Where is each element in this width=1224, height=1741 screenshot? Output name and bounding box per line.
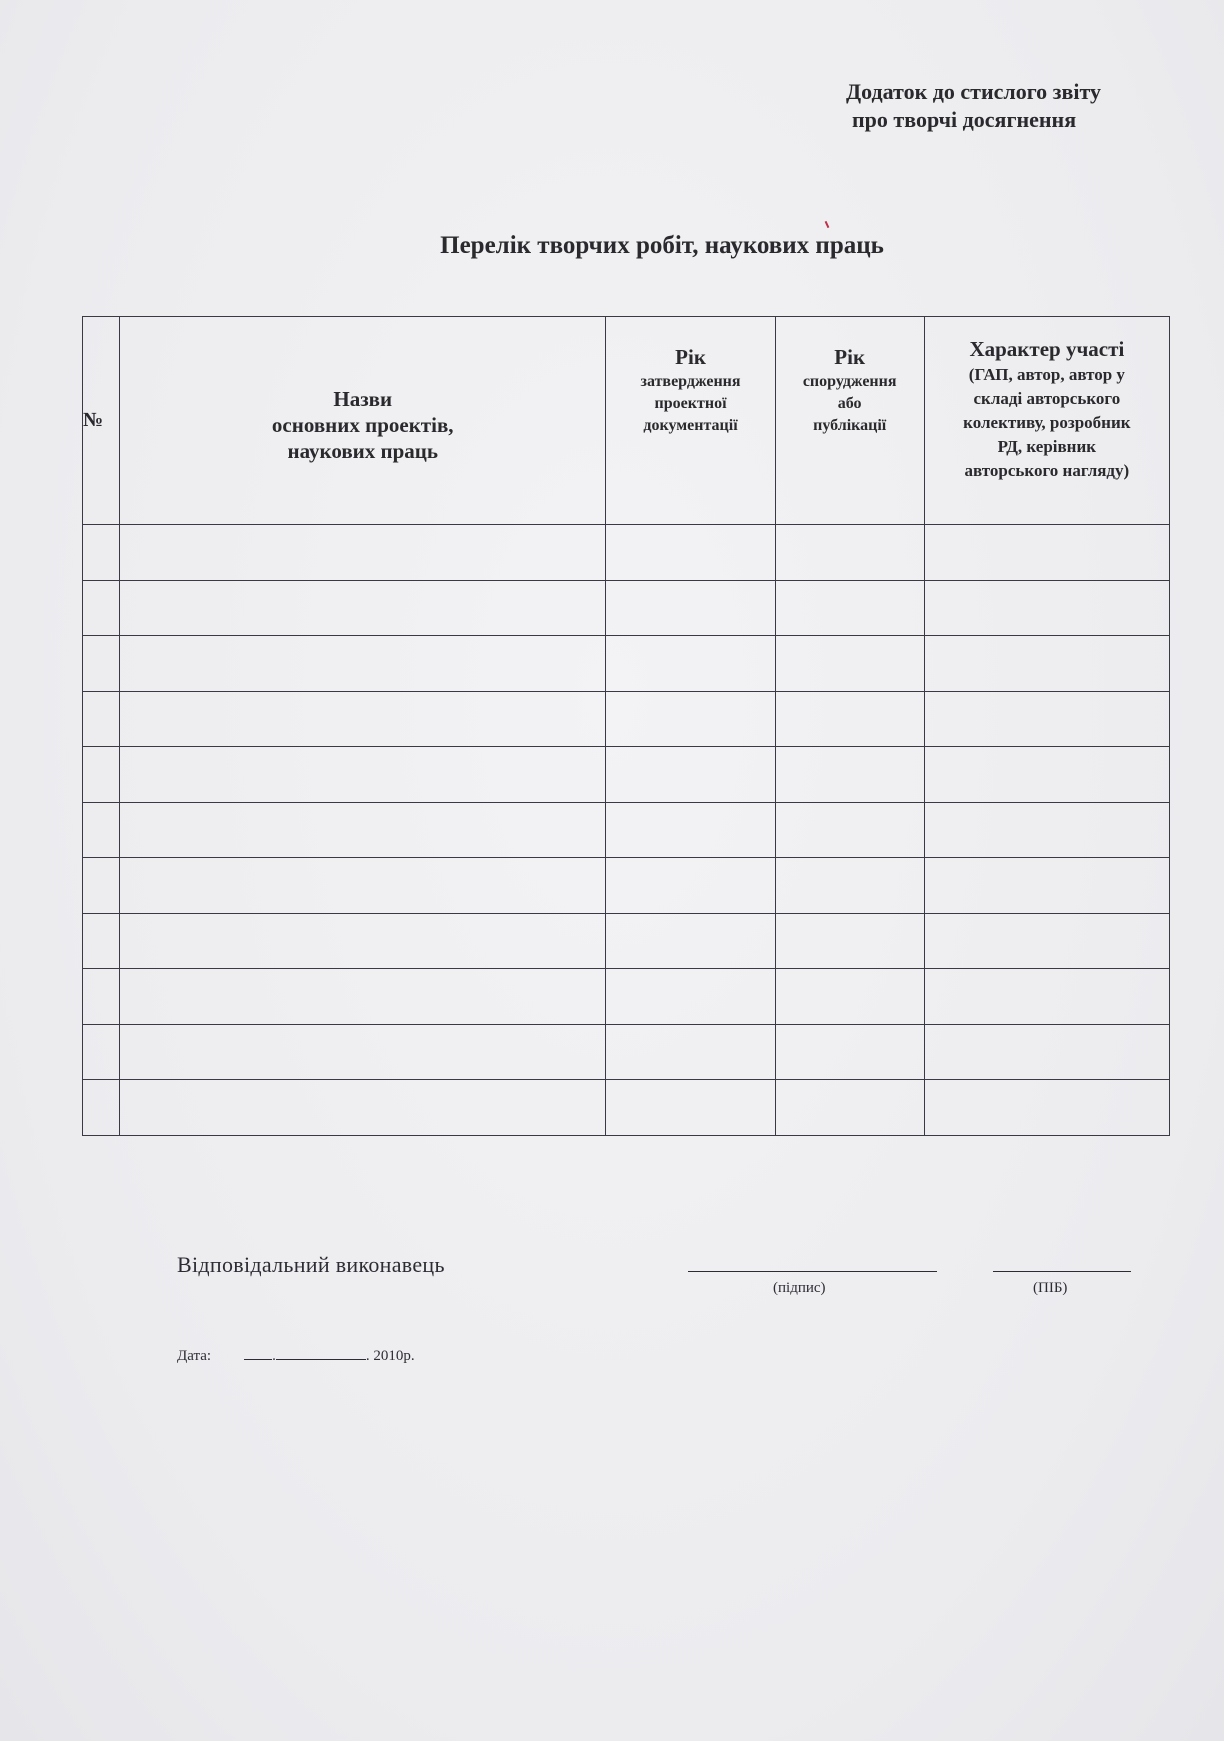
- cell-no[interactable]: [83, 747, 120, 803]
- works-table: № Назви основних проектів, наукових прац…: [82, 316, 1170, 1136]
- document-page: Додаток до стислого звіту про творчі дос…: [0, 0, 1224, 1741]
- header-publication-sub-1: спорудження: [776, 371, 924, 393]
- cell-publication-year[interactable]: [775, 747, 924, 803]
- header-publication-title: Рік: [776, 343, 924, 371]
- header-approval-sub-1: затвердження: [606, 371, 774, 393]
- appendix-line-2: про творчі досягнення: [846, 106, 1101, 134]
- cell-publication-year[interactable]: [775, 636, 924, 692]
- cell-no[interactable]: [83, 525, 120, 581]
- appendix-note: Додаток до стислого звіту про творчі дос…: [846, 78, 1101, 134]
- table-row: [83, 802, 1170, 858]
- cell-publication-year[interactable]: [775, 691, 924, 747]
- appendix-line-1: Додаток до стислого звіту: [846, 78, 1101, 106]
- table-body: [83, 525, 1170, 1136]
- cell-approval-year[interactable]: [606, 969, 775, 1025]
- table-row: [83, 1080, 1170, 1136]
- signature-caption: (підпис): [773, 1280, 826, 1297]
- cell-publication-year[interactable]: [775, 525, 924, 581]
- header-participation-sub-2: складі авторського: [925, 387, 1169, 411]
- date-month-blank[interactable]: [276, 1346, 366, 1360]
- header-approval-sub-2: проектної: [606, 393, 774, 415]
- document-title: Перелік творчих робіт, наукових праць: [0, 232, 1224, 260]
- cell-participation[interactable]: [924, 525, 1169, 581]
- cell-participation[interactable]: [924, 1080, 1169, 1136]
- header-name-line-1: Назви: [120, 386, 605, 412]
- header-participation-sub-5: авторського нагляду): [925, 459, 1169, 483]
- header-participation-sub-3: колективу, розробник: [925, 411, 1169, 435]
- table-row: [83, 636, 1170, 692]
- cell-publication-year[interactable]: [775, 913, 924, 969]
- cell-publication-year[interactable]: [775, 858, 924, 914]
- cell-no[interactable]: [83, 1080, 120, 1136]
- cell-no[interactable]: [83, 858, 120, 914]
- cell-name[interactable]: [120, 802, 606, 858]
- cell-no[interactable]: [83, 636, 120, 692]
- header-publication-year: Рік спорудження або публікації: [775, 317, 924, 525]
- header-participation-sub-1: (ГАП, автор, автор у: [925, 363, 1169, 387]
- cell-participation[interactable]: [924, 802, 1169, 858]
- header-name-line-2: основних проектів,: [120, 412, 605, 438]
- table-row: [83, 525, 1170, 581]
- table-header-row: № Назви основних проектів, наукових прац…: [83, 317, 1170, 525]
- header-approval-title: Рік: [606, 343, 774, 371]
- cell-publication-year[interactable]: [775, 802, 924, 858]
- cell-name[interactable]: [120, 858, 606, 914]
- name-line[interactable]: [993, 1271, 1131, 1272]
- cell-participation[interactable]: [924, 691, 1169, 747]
- table-row: [83, 913, 1170, 969]
- date-label: Дата:: [177, 1348, 211, 1364]
- date-day-blank[interactable]: [244, 1346, 272, 1360]
- header-name: Назви основних проектів, наукових праць: [120, 317, 606, 525]
- cell-participation[interactable]: [924, 858, 1169, 914]
- header-approval-year: Рік затвердження проектної документації: [606, 317, 775, 525]
- header-name-line-3: наукових праць: [120, 438, 605, 464]
- cell-name[interactable]: [120, 1080, 606, 1136]
- table-row: [83, 691, 1170, 747]
- cell-approval-year[interactable]: [606, 580, 775, 636]
- cell-name[interactable]: [120, 580, 606, 636]
- cell-no[interactable]: [83, 1024, 120, 1080]
- header-publication-sub-3: публікації: [776, 415, 924, 437]
- cell-approval-year[interactable]: [606, 1024, 775, 1080]
- cell-no[interactable]: [83, 913, 120, 969]
- cell-name[interactable]: [120, 691, 606, 747]
- cell-participation[interactable]: [924, 636, 1169, 692]
- table-row: [83, 1024, 1170, 1080]
- header-publication-sub-2: або: [776, 393, 924, 415]
- cell-approval-year[interactable]: [606, 636, 775, 692]
- cell-participation[interactable]: [924, 969, 1169, 1025]
- table-row: [83, 580, 1170, 636]
- cell-name[interactable]: [120, 1024, 606, 1080]
- date-suffix: . 2010р.: [366, 1348, 415, 1364]
- cell-approval-year[interactable]: [606, 691, 775, 747]
- cell-publication-year[interactable]: [775, 580, 924, 636]
- cell-participation[interactable]: [924, 580, 1169, 636]
- signature-line[interactable]: [688, 1271, 937, 1272]
- table-row: [83, 969, 1170, 1025]
- responsible-label: Відповідальний виконавець: [177, 1252, 445, 1278]
- cell-publication-year[interactable]: [775, 1080, 924, 1136]
- cell-name[interactable]: [120, 525, 606, 581]
- cell-approval-year[interactable]: [606, 1080, 775, 1136]
- name-caption: (ПІБ): [1033, 1280, 1067, 1297]
- cell-no[interactable]: [83, 969, 120, 1025]
- header-number: №: [83, 317, 120, 525]
- cell-participation[interactable]: [924, 1024, 1169, 1080]
- cell-name[interactable]: [120, 636, 606, 692]
- cell-no[interactable]: [83, 580, 120, 636]
- cell-publication-year[interactable]: [775, 1024, 924, 1080]
- cell-name[interactable]: [120, 913, 606, 969]
- header-participation: Характер участі (ГАП, автор, автор у скл…: [924, 317, 1169, 525]
- cell-no[interactable]: [83, 691, 120, 747]
- cell-participation[interactable]: [924, 747, 1169, 803]
- cell-approval-year[interactable]: [606, 913, 775, 969]
- table-row: [83, 858, 1170, 914]
- table-row: [83, 747, 1170, 803]
- header-participation-title: Характер участі: [925, 335, 1169, 363]
- header-participation-sub-4: РД, керівник: [925, 435, 1169, 459]
- date-line: Дата:.. 2010р.: [177, 1346, 415, 1365]
- cell-publication-year[interactable]: [775, 969, 924, 1025]
- cell-no[interactable]: [83, 802, 120, 858]
- cell-approval-year[interactable]: [606, 747, 775, 803]
- cell-name[interactable]: [120, 747, 606, 803]
- cell-approval-year[interactable]: [606, 525, 775, 581]
- header-approval-sub-3: документації: [606, 415, 774, 437]
- cell-name[interactable]: [120, 969, 606, 1025]
- ink-mark: [825, 221, 830, 228]
- cell-participation[interactable]: [924, 913, 1169, 969]
- cell-approval-year[interactable]: [606, 802, 775, 858]
- cell-approval-year[interactable]: [606, 858, 775, 914]
